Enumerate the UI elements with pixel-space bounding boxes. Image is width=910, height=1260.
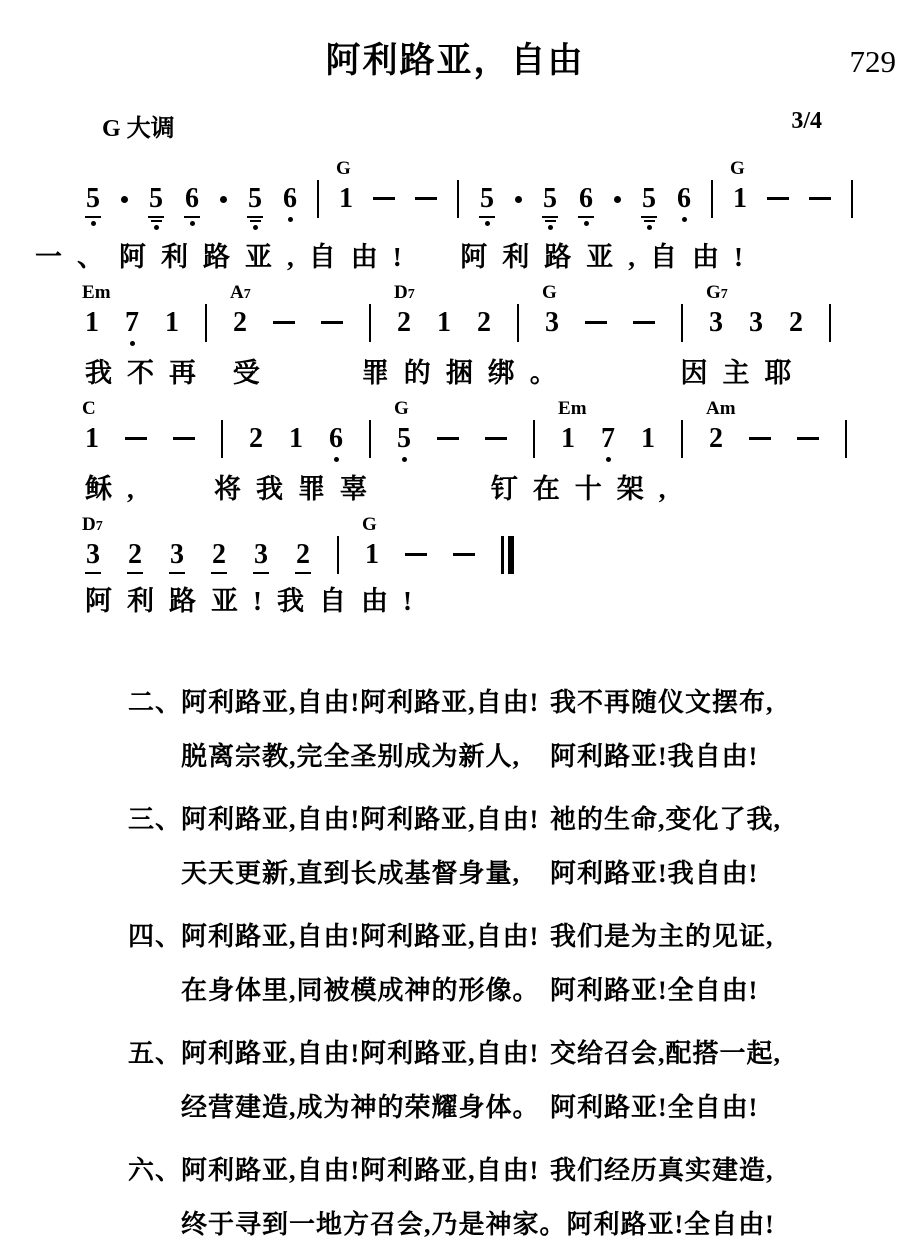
note-digit: 1 (165, 308, 179, 338)
chord-label: D7 (82, 515, 103, 534)
barline (681, 420, 683, 458)
verse: 三、阿利路亚,自由!阿利路亚,自由!祂的生命,变化了我,天天更新,直到长成基督身… (128, 793, 906, 901)
note: 6 (184, 184, 200, 226)
chord-label: G (542, 283, 557, 302)
barline (317, 180, 319, 218)
verse-number: 五、 (128, 1027, 181, 1081)
note-digit: 3 (709, 308, 723, 338)
sustain-dash (321, 321, 343, 324)
music-system: C1216G5Em171Am2稣, 将我罪辜 钉在十架, (85, 398, 875, 506)
barline (205, 304, 207, 342)
duration-underline (184, 216, 200, 218)
rhythm-dot-token (515, 184, 522, 203)
note-digit: 5 (397, 424, 411, 454)
verse-number (128, 1081, 181, 1135)
duration-underline (85, 572, 101, 574)
duration-underline (578, 216, 594, 218)
verse-number: 三、 (128, 793, 181, 847)
rhythm-dot-token (614, 184, 621, 203)
verse-number: 六、 (128, 1144, 181, 1198)
music-system: 55656G155656G1一、阿利路亚,自由! 阿利路亚,自由! (85, 158, 875, 274)
verse-number (128, 964, 181, 1018)
lyric-line: 稣, 将我罪辜 钉在十架, (85, 472, 875, 506)
low-octave-dot (402, 457, 407, 462)
barline (457, 180, 459, 218)
note-digit: 3 (86, 540, 100, 570)
verse-row: 三、阿利路亚,自由!阿利路亚,自由!祂的生命,变化了我, (128, 793, 906, 847)
verse-number (128, 847, 181, 901)
note: 3 (169, 540, 185, 574)
note: 5 (148, 184, 164, 230)
verse-line-left: 阿利路亚,自由!阿利路亚,自由! (181, 793, 550, 847)
duration-underline (545, 220, 556, 222)
note: G5 (397, 424, 411, 462)
verse-row: 天天更新,直到长成基督身量,阿利路亚!我自由! (128, 847, 906, 901)
note: 5 (542, 184, 558, 230)
verse-line-left: 在身体里,同被模成神的形像。 (181, 964, 550, 1018)
note: Am2 (709, 424, 723, 454)
sustain-dash (437, 437, 459, 440)
note: 5 (85, 184, 101, 226)
note: 2 (295, 540, 311, 574)
duration-underline (295, 572, 311, 574)
verse-row: 二、阿利路亚,自由!阿利路亚,自由!我不再随仪文摆布, (128, 676, 906, 730)
low-octave-dot (253, 225, 258, 230)
note-digit: 5 (149, 184, 163, 214)
low-octave-dot (548, 225, 553, 230)
sustain-dash (485, 437, 507, 440)
verse-line-left: 阿利路亚,自由!阿利路亚,自由! (181, 1144, 550, 1198)
verse-number: 二、 (128, 676, 181, 730)
low-octave-dot (334, 457, 339, 462)
note-digit: 6 (283, 184, 297, 214)
verse-line-right: 阿利路亚!我自由! (550, 847, 758, 901)
duration-underline (247, 216, 263, 218)
barline (533, 420, 535, 458)
note-digit: 3 (545, 308, 559, 338)
rhythm-dot (515, 196, 522, 203)
duration-underline (127, 572, 143, 574)
note: 2 (477, 308, 491, 338)
barline (845, 420, 847, 458)
chord-label: G7 (706, 283, 728, 302)
note: 5 (479, 184, 495, 226)
note: 1 (437, 308, 451, 338)
duration-underline (479, 216, 495, 218)
note-digit: 2 (128, 540, 142, 570)
music-system: Em171A72D7212G3G7332我不再 受 罪的捆绑。 因主耶 (85, 282, 875, 390)
note-digit: 2 (249, 424, 263, 454)
note-digit: 1 (561, 424, 575, 454)
note-digit: 1 (289, 424, 303, 454)
rhythm-dot (614, 196, 621, 203)
verse-line-left: 天天更新,直到长成基督身量, (181, 847, 550, 901)
sustain-dash (809, 197, 831, 200)
note-digit: 5 (248, 184, 262, 214)
barline (369, 420, 371, 458)
verse-line-right: 阿利路亚!全自由! (567, 1198, 775, 1252)
verse: 四、阿利路亚,自由!阿利路亚,自由!我们是为主的见证,在身体里,同被模成神的形像… (128, 910, 906, 1018)
duration-underline (644, 220, 655, 222)
note: 2 (127, 540, 143, 574)
note: 3 (253, 540, 269, 574)
note: G1 (733, 184, 747, 214)
final-barline-thin (501, 536, 504, 574)
note-digit: 1 (733, 184, 747, 214)
music-system: D7323232G1阿利路亚!我自由! (85, 514, 875, 618)
note: 2 (789, 308, 803, 338)
verse-row: 四、阿利路亚,自由!阿利路亚,自由!我们是为主的见证, (128, 910, 906, 964)
note-digit: 1 (437, 308, 451, 338)
chord-seventh: 7 (96, 519, 103, 534)
note: 5 (641, 184, 657, 230)
low-octave-dot (91, 221, 96, 226)
note-digit: 2 (296, 540, 310, 570)
low-octave-dot (485, 221, 490, 226)
notes-row: D7323232G1 (85, 514, 875, 574)
lyric-line: 我不再 受 罪的捆绑。 因主耶 (85, 356, 875, 390)
final-barline-thick (508, 536, 514, 574)
note-digit: 3 (749, 308, 763, 338)
note-digit: 7 (125, 308, 139, 338)
sustain-dash (767, 197, 789, 200)
note: D72 (397, 308, 411, 338)
verse-line-left: 终于寻到一地方召会,乃是神家。 (181, 1198, 567, 1252)
chord-label: C (82, 399, 96, 418)
chord-label: A7 (230, 283, 251, 302)
song-title: 阿利路亚，自由 (325, 40, 584, 82)
note: 1 (165, 308, 179, 338)
key-signature: G 大调 (102, 108, 175, 143)
note: 6 (329, 424, 343, 462)
chord-label: Em (82, 283, 111, 302)
page-number: 729 (850, 44, 897, 80)
verses-section: 二、阿利路亚,自由!阿利路亚,自由!我不再随仪文摆布,脱离宗教,完全圣别成为新人… (128, 676, 906, 1260)
duration-underline (250, 220, 261, 222)
notes-row: Em171A72D7212G3G7332 (85, 282, 875, 346)
duration-underline (151, 220, 162, 222)
verse-line-right: 我们是为主的见证, (550, 910, 774, 964)
note: A72 (233, 308, 247, 338)
barline (711, 180, 713, 218)
note-digit: 5 (543, 184, 557, 214)
barline (337, 536, 339, 574)
note-digit: 6 (677, 184, 691, 214)
note: 5 (247, 184, 263, 230)
verse-line-left: 经营建造,成为神的荣耀身体。 (181, 1081, 550, 1135)
note: 2 (249, 424, 263, 454)
verse-line-right: 交给召会,配搭一起, (550, 1027, 781, 1081)
note: G73 (709, 308, 723, 338)
chord-label: D7 (394, 283, 415, 302)
notes-row: C1216G5Em171Am2 (85, 398, 875, 462)
duration-underline (169, 572, 185, 574)
verse-line-right: 我不再随仪文摆布, (550, 676, 774, 730)
notes-row: 55656G155656G1 (85, 158, 875, 230)
verse-row: 五、阿利路亚,自由!阿利路亚,自由!交给召会,配搭一起, (128, 1027, 906, 1081)
rhythm-dot (121, 196, 128, 203)
sustain-dash (749, 437, 771, 440)
sheet-page: { "page": { "title": "阿利路亚，自由", "page_nu… (0, 0, 910, 1260)
note-digit: 1 (641, 424, 655, 454)
chord-label: Am (706, 399, 736, 418)
chord-label: G (394, 399, 409, 418)
verse-number: 四、 (128, 910, 181, 964)
low-octave-dot (190, 221, 195, 226)
note: Em1 (561, 424, 575, 454)
verse-line-right: 我们经历真实建造, (550, 1144, 774, 1198)
verse-row: 在身体里,同被模成神的形像。阿利路亚!全自由! (128, 964, 906, 1018)
time-signature: 3/4 (791, 108, 822, 135)
verse-row: 终于寻到一地方召会,乃是神家。阿利路亚!全自由! (128, 1198, 906, 1252)
note: 3 (749, 308, 763, 338)
note: G1 (365, 540, 379, 570)
verse-number (128, 1198, 181, 1252)
chord-label: Em (558, 399, 587, 418)
verse: 六、阿利路亚,自由!阿利路亚,自由!我们经历真实建造,终于寻到一地方召会,乃是神… (128, 1144, 906, 1252)
note-digit: 6 (579, 184, 593, 214)
note-digit: 1 (85, 424, 99, 454)
barline (517, 304, 519, 342)
note: 1 (289, 424, 303, 454)
note-digit: 2 (233, 308, 247, 338)
note-digit: 2 (477, 308, 491, 338)
low-octave-dot (288, 217, 293, 222)
barline (369, 304, 371, 342)
low-octave-dot (606, 457, 611, 462)
sustain-dash (585, 321, 607, 324)
note: 6 (578, 184, 594, 226)
note-digit: 2 (709, 424, 723, 454)
duration-underline (641, 216, 657, 218)
note: 6 (677, 184, 691, 222)
verse-line-right: 阿利路亚!全自由! (550, 1081, 758, 1135)
chord-seventh: 7 (244, 287, 251, 302)
note-digit: 5 (480, 184, 494, 214)
note: C1 (85, 424, 99, 454)
rhythm-dot-token (220, 184, 227, 203)
duration-underline (253, 572, 269, 574)
low-octave-dot (682, 217, 687, 222)
chord-label: G (730, 159, 745, 178)
note: 7 (125, 308, 139, 346)
music-notation: 55656G155656G1一、阿利路亚,自由! 阿利路亚,自由!Em171A7… (85, 158, 875, 626)
low-octave-dot (647, 225, 652, 230)
barline (851, 180, 853, 218)
note-digit: 2 (789, 308, 803, 338)
verse: 二、阿利路亚,自由!阿利路亚,自由!我不再随仪文摆布,脱离宗教,完全圣别成为新人… (128, 676, 906, 784)
chord-seventh: 7 (408, 287, 415, 302)
note-digit: 3 (170, 540, 184, 570)
rhythm-dot-token (121, 184, 128, 203)
verse-line-right: 阿利路亚!我自由! (550, 730, 758, 784)
note: G3 (545, 308, 559, 338)
verse-number (128, 730, 181, 784)
verse-line-left: 脱离宗教,完全圣别成为新人, (181, 730, 550, 784)
sustain-dash (173, 437, 195, 440)
note: G1 (339, 184, 353, 214)
note-digit: 2 (397, 308, 411, 338)
note: 2 (211, 540, 227, 574)
lyric-line: 一、阿利路亚,自由! 阿利路亚,自由! (35, 240, 875, 274)
note: D73 (85, 540, 101, 574)
note-digit: 5 (86, 184, 100, 214)
chord-label: G (336, 159, 351, 178)
verse: 五、阿利路亚,自由!阿利路亚,自由!交给召会,配搭一起,经营建造,成为神的荣耀身… (128, 1027, 906, 1135)
note-digit: 6 (329, 424, 343, 454)
note-digit: 1 (339, 184, 353, 214)
chord-seventh: 7 (721, 287, 728, 302)
note: 6 (283, 184, 297, 222)
verse-line-left: 阿利路亚,自由!阿利路亚,自由! (181, 1027, 550, 1081)
duration-underline (148, 216, 164, 218)
verse-line-right: 阿利路亚!全自由! (550, 964, 758, 1018)
barline (221, 420, 223, 458)
note-digit: 3 (254, 540, 268, 570)
note-digit: 1 (365, 540, 379, 570)
low-octave-dot (584, 221, 589, 226)
duration-underline (85, 216, 101, 218)
barline (681, 304, 683, 342)
meta-row: G 大调 3/4 (0, 108, 910, 142)
note-digit: 7 (601, 424, 615, 454)
verse-row: 经营建造,成为神的荣耀身体。阿利路亚!全自由! (128, 1081, 906, 1135)
sustain-dash (453, 553, 475, 556)
sustain-dash (797, 437, 819, 440)
verse-row: 六、阿利路亚,自由!阿利路亚,自由!我们经历真实建造, (128, 1144, 906, 1198)
sustain-dash (125, 437, 147, 440)
note: 7 (601, 424, 615, 462)
duration-underline (542, 216, 558, 218)
sustain-dash (415, 197, 437, 200)
low-octave-dot (154, 225, 159, 230)
verse-row: 脱离宗教,完全圣别成为新人,阿利路亚!我自由! (128, 730, 906, 784)
low-octave-dot (130, 341, 135, 346)
duration-underline (211, 572, 227, 574)
title-row: 阿利路亚，自由 (0, 40, 910, 82)
sustain-dash (405, 553, 427, 556)
note-digit: 1 (85, 308, 99, 338)
barline (829, 304, 831, 342)
verse-line-left: 阿利路亚,自由!阿利路亚,自由! (181, 910, 550, 964)
note-digit: 2 (212, 540, 226, 570)
chord-label: G (362, 515, 377, 534)
note: 1 (641, 424, 655, 454)
sustain-dash (633, 321, 655, 324)
rhythm-dot (220, 196, 227, 203)
verse-line-right: 祂的生命,变化了我, (550, 793, 781, 847)
sustain-dash (273, 321, 295, 324)
note-digit: 5 (642, 184, 656, 214)
lyric-line: 阿利路亚!我自由! (85, 584, 875, 618)
verse-line-left: 阿利路亚,自由!阿利路亚,自由! (181, 676, 550, 730)
note-digit: 6 (185, 184, 199, 214)
final-barline (501, 536, 514, 574)
note: Em1 (85, 308, 99, 338)
sustain-dash (373, 197, 395, 200)
